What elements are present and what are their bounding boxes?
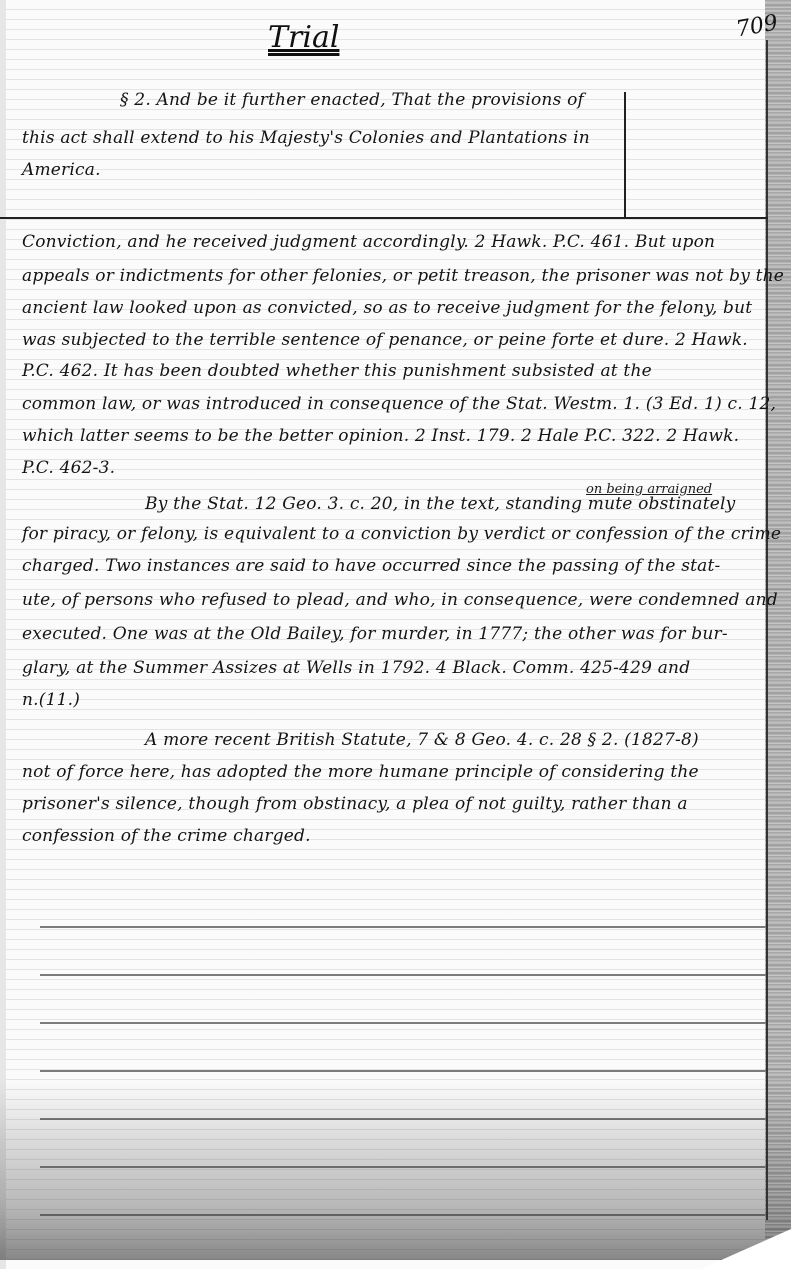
body-line: common law, or was introduced in consequ…: [22, 394, 776, 414]
header-line: this act shall extend to his Majesty's C…: [22, 128, 590, 148]
body-line: not of force here, has adopted the more …: [22, 762, 699, 782]
header-line: America.: [22, 160, 101, 180]
body-line: glary, at the Summer Assizes at Wells in…: [22, 658, 690, 678]
manuscript-page: Trial 709 § 2. And be it further enacted…: [0, 0, 791, 1269]
scan-right-edge: [765, 0, 791, 1269]
body-line: for piracy, or felony, is equivalent to …: [22, 524, 781, 544]
page-title: Trial: [268, 20, 339, 55]
body-line: Conviction, and he received judgment acc…: [22, 232, 715, 252]
scan-bottom-shadow: [0, 1080, 791, 1260]
scan-left-margin: [0, 0, 6, 1269]
body-line: P.C. 462. It has been doubted whether th…: [22, 361, 652, 381]
body-line: ancient law looked upon as convicted, so…: [22, 298, 752, 318]
body-line: executed. One was at the Old Bailey, for…: [22, 624, 728, 644]
page-corner: [701, 1229, 791, 1269]
body-line: By the Stat. 12 Geo. 3. c. 20, in the te…: [145, 494, 735, 514]
body-line: appeals or indictments for other felonie…: [22, 266, 784, 286]
body-line: confession of the crime charged.: [22, 826, 311, 846]
body-line: n.(11.): [22, 690, 80, 710]
body-line: charged. Two instances are said to have …: [22, 556, 721, 576]
body-line: which latter seems to be the better opin…: [22, 426, 739, 446]
body-line: was subjected to the terrible sentence o…: [22, 330, 748, 350]
body-line: prisoner's silence, though from obstinac…: [22, 794, 688, 814]
header-box-bottom-rule: [0, 217, 768, 219]
header-box-divider: [624, 92, 626, 218]
body-line: P.C. 462-3.: [22, 458, 115, 478]
header-line: § 2. And be it further enacted, That the…: [120, 90, 584, 110]
body-line: A more recent British Statute, 7 & 8 Geo…: [145, 730, 699, 750]
body-line: ute, of persons who refused to plead, an…: [22, 590, 778, 610]
